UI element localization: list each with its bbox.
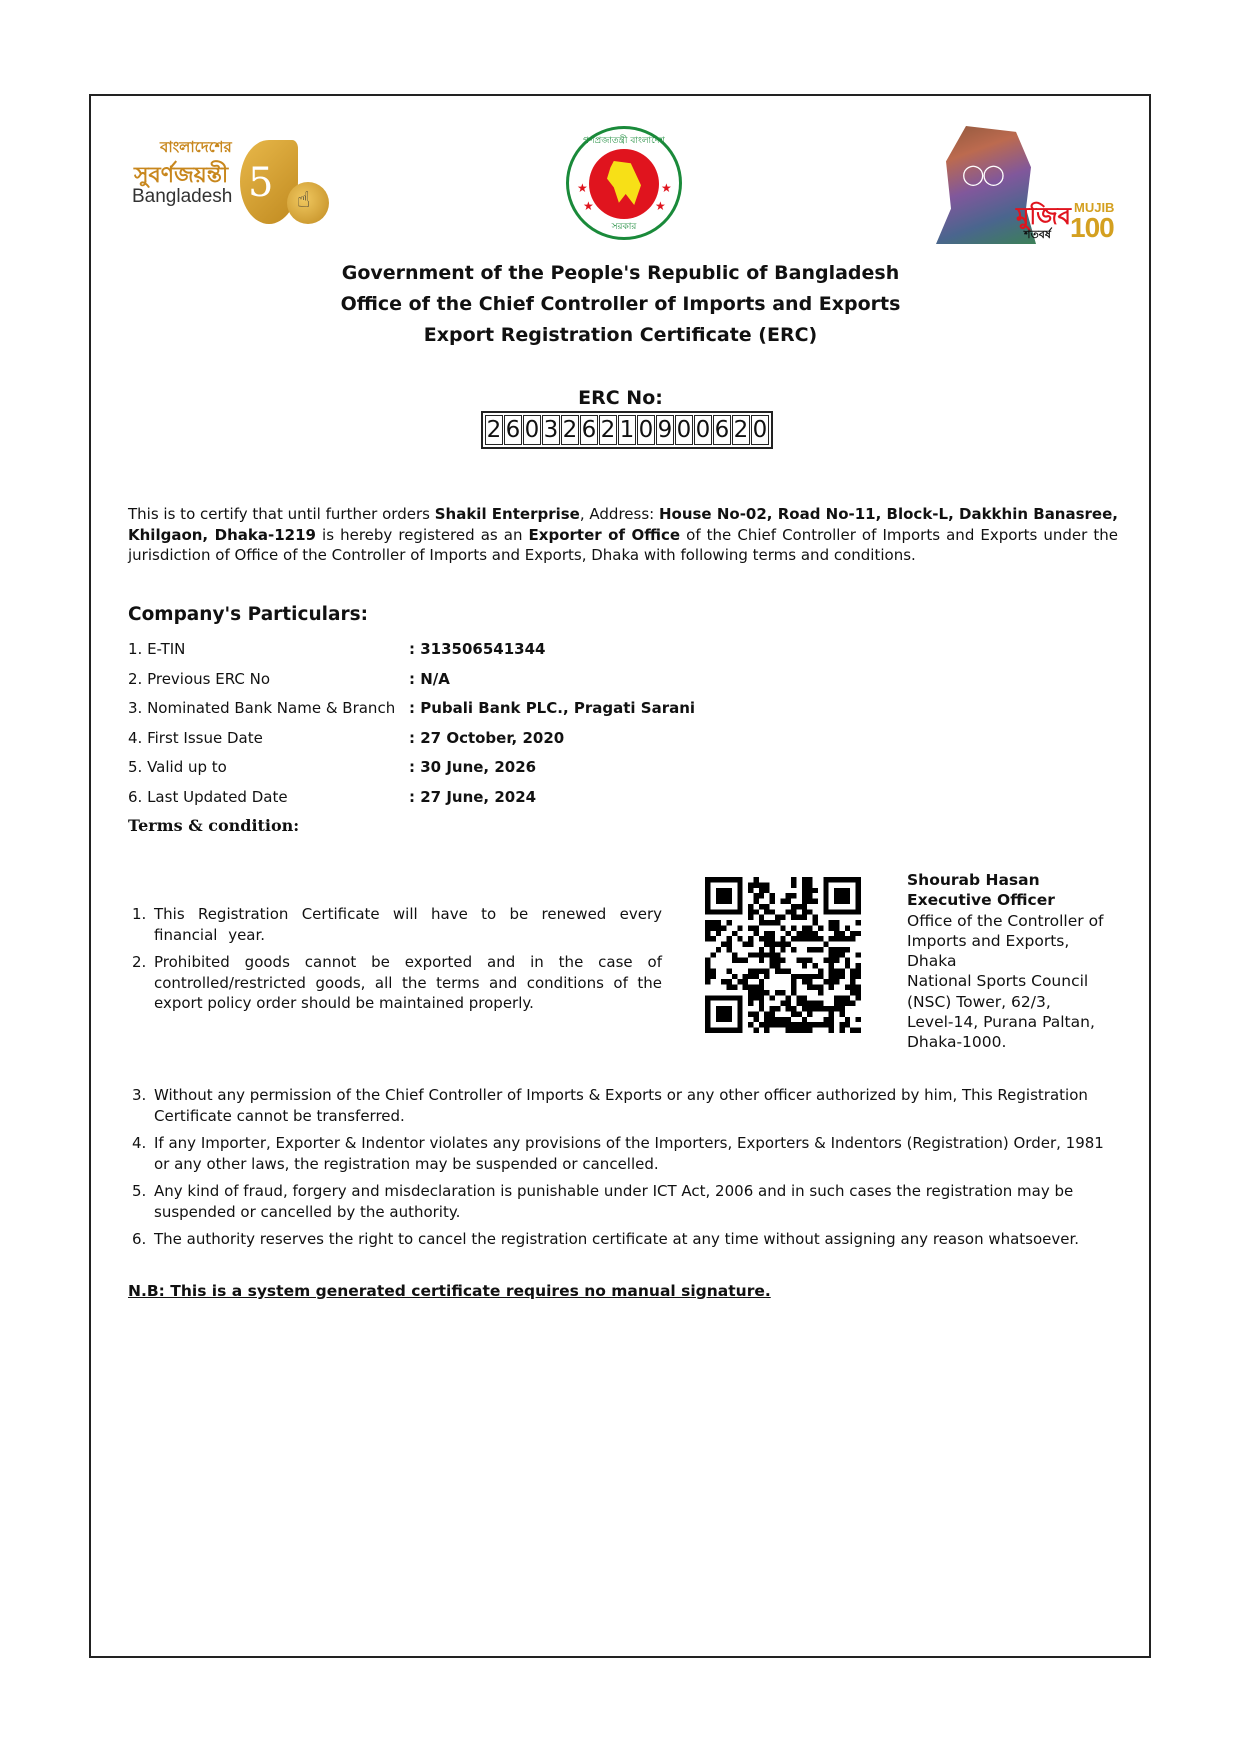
signatory-address-line: Level-14, Purana Paltan,	[907, 1012, 1127, 1032]
registration-type: Exporter of Office	[529, 526, 681, 544]
terms-list-lower: 3. Without any permission of the Chief C…	[128, 1085, 1118, 1257]
particular-row-bank: 3. Nominated Bank Name & Branch : Pubali…	[128, 695, 828, 725]
particular-label: 6. Last Updated Date	[128, 788, 288, 806]
star-icon: ★	[577, 181, 588, 195]
terms-heading: Terms & condition:	[128, 816, 299, 835]
qr-code	[705, 875, 861, 1035]
particulars-heading: Company's Particulars:	[128, 604, 368, 625]
certify-intro-text: This is to certify that until further or…	[128, 505, 435, 523]
term-item: 1. This Registration Certificate will ha…	[128, 904, 662, 945]
golden-jubilee-logo: বাংলাদেশের সুবর্ণজয়ন্তী Bangladesh 5	[130, 132, 330, 232]
erc-digit: 2	[485, 415, 503, 445]
erc-digit: 0	[751, 415, 769, 445]
particular-label: 3. Nominated Bank Name & Branch	[128, 699, 395, 717]
erc-digit: 0	[675, 415, 693, 445]
particular-label: 2. Previous ERC No	[128, 670, 270, 688]
particular-value: : 27 June, 2024	[409, 788, 536, 806]
signatory-address-line: National Sports Council	[907, 971, 1127, 991]
particular-value: : 30 June, 2026	[409, 758, 536, 776]
term-item: 4. If any Importer, Exporter & Indentor …	[128, 1133, 1118, 1174]
particular-value: : 27 October, 2020	[409, 729, 564, 747]
particular-row-last-updated: 6. Last Updated Date : 27 June, 2024	[128, 784, 828, 814]
jubilee-numeral: 5	[248, 160, 273, 206]
term-number: 6.	[132, 1229, 146, 1250]
satabarsha-text: শতবর্ষ	[1024, 226, 1051, 245]
logo-english-text: Bangladesh	[132, 186, 232, 208]
signatory-address-line: Office of the Controller of	[907, 911, 1127, 931]
government-seal-icon: গণপ্রজাতন্ত্রী বাংলাদেশ ★ ★ ★ ★ সরকার	[566, 126, 682, 240]
star-icon: ★	[661, 181, 672, 195]
erc-digit: 2	[732, 415, 750, 445]
term-text: If any Importer, Exporter & Indentor vio…	[154, 1134, 1104, 1173]
erc-digit: 0	[694, 415, 712, 445]
particular-row-previous-erc: 2. Previous ERC No : N/A	[128, 666, 828, 696]
signatory-name: Shourab Hasan	[907, 870, 1127, 890]
term-item: 2. Prohibited goods cannot be exported a…	[128, 952, 662, 1014]
erc-digit: 0	[523, 415, 541, 445]
signatory-address-line: Imports and Exports,	[907, 931, 1127, 951]
title-certificate: Export Registration Certificate (ERC)	[0, 324, 1241, 346]
mujib-100-logo: ◯◯ মুজিব শতবর্ষ MUJIB 100	[928, 122, 1108, 248]
erc-digit: 2	[599, 415, 617, 445]
term-number: 2.	[132, 952, 146, 973]
signatory-address-line: Dhaka-1000.	[907, 1032, 1127, 1052]
term-text: Without any permission of the Chief Cont…	[154, 1086, 1088, 1125]
registered-as-text: is hereby registered as an	[316, 526, 529, 544]
company-name: Shakil Enterprise	[435, 505, 580, 523]
particular-label: 5. Valid up to	[128, 758, 227, 776]
erc-digit: 3	[542, 415, 560, 445]
system-generated-note: N.B: This is a system generated certific…	[128, 1282, 771, 1300]
signatory-block: Shourab Hasan Executive Officer Office o…	[907, 870, 1127, 1053]
erc-digit: 0	[637, 415, 655, 445]
star-icon: ★	[583, 199, 594, 213]
erc-digit: 6	[580, 415, 598, 445]
erc-digit: 6	[504, 415, 522, 445]
address-label: , Address:	[580, 505, 659, 523]
pointing-hand-icon	[287, 182, 329, 224]
erc-digit: 9	[656, 415, 674, 445]
signatory-address-line: Dhaka	[907, 951, 1127, 971]
particular-label: 4. First Issue Date	[128, 729, 263, 747]
signatory-designation: Executive Officer	[907, 890, 1127, 910]
term-number: 3.	[132, 1085, 146, 1106]
term-item: 5. Any kind of fraud, forgery and misdec…	[128, 1181, 1118, 1222]
particular-label: 1. E-TIN	[128, 640, 185, 658]
term-item: 6. The authority reserves the right to c…	[128, 1229, 1118, 1250]
particulars-list: 1. E-TIN : 313506541344 2. Previous ERC …	[128, 636, 828, 814]
term-text: The authority reserves the right to canc…	[154, 1230, 1079, 1248]
particular-value: : N/A	[409, 670, 450, 688]
term-text: This Registration Certificate will have …	[154, 905, 662, 944]
signatory-address-line: (NSC) Tower, 62/3,	[907, 992, 1127, 1012]
particular-value: : 313506541344	[409, 640, 545, 658]
terms-list-upper: 1. This Registration Certificate will ha…	[128, 904, 662, 1021]
term-number: 1.	[132, 904, 146, 925]
term-text: Any kind of fraud, forgery and misdeclar…	[154, 1182, 1073, 1221]
term-number: 5.	[132, 1181, 146, 1202]
particular-value: : Pubali Bank PLC., Pragati Sarani	[409, 699, 695, 717]
particular-row-valid-up-to: 5. Valid up to : 30 June, 2026	[128, 754, 828, 784]
erc-digit: 2	[561, 415, 579, 445]
particular-row-first-issue: 4. First Issue Date : 27 October, 2020	[128, 725, 828, 755]
glasses-icon: ◯◯	[962, 162, 1003, 186]
seal-bottom-text: সরকার	[569, 219, 679, 234]
certification-paragraph: This is to certify that until further or…	[128, 504, 1118, 566]
mujib-100-number: 100	[1070, 212, 1114, 244]
erc-number-box: 260326210900620	[481, 411, 773, 449]
star-icon: ★	[655, 199, 666, 213]
term-text: Prohibited goods cannot be exported and …	[154, 953, 662, 1012]
particular-row-etin: 1. E-TIN : 313506541344	[128, 636, 828, 666]
title-government: Government of the People's Republic of B…	[0, 262, 1241, 284]
title-office: Office of the Chief Controller of Import…	[0, 293, 1241, 315]
term-item: 3. Without any permission of the Chief C…	[128, 1085, 1118, 1126]
seal-ring-text: গণপ্রজাতন্ত্রী বাংলাদেশ	[569, 133, 679, 148]
term-number: 4.	[132, 1133, 146, 1154]
erc-digit: 6	[713, 415, 731, 445]
erc-number-label: ERC No:	[0, 387, 1241, 409]
erc-digit: 1	[618, 415, 636, 445]
